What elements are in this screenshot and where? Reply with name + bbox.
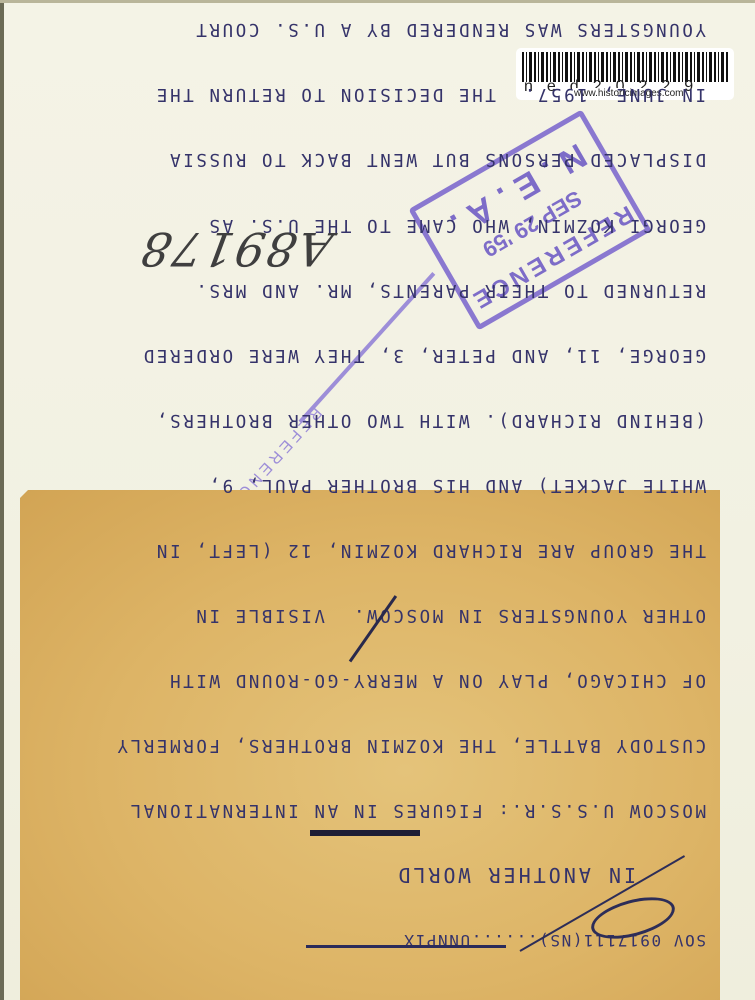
- caption-line: WHITE JACKET) AND HIS BROTHER PAUL, 9,: [30, 473, 706, 495]
- pen-strikethrough: [310, 830, 420, 836]
- caption-line: GEORGE, 11, AND PETER, 3, THEY WERE ORDE…: [30, 343, 706, 365]
- caption-line: YOUNGSTERS WAS RENDERED BY A U.S. COURT: [30, 18, 706, 40]
- caption-line: RETURNED TO THEIR PARENTS, MR. AND MRS.: [30, 278, 706, 300]
- caption-line: OTHER YOUNGSTERS IN MOSCOW. VISIBLE IN: [30, 603, 706, 625]
- pen-signature-strike: [306, 945, 506, 948]
- caption-line: IN JUNE, 1957. THE DECISION TO RETURN TH…: [30, 83, 706, 105]
- caption-line: GEORGI KOZMIN, WHO CAME TO THE U.S. AS: [30, 213, 706, 235]
- caption-line: THE GROUP ARE RICHARD KOZMIN, 12 (LEFT, …: [30, 538, 706, 560]
- caption-line: CUSTODY BATTLE, THE KOZMIN BROTHERS, FOR…: [30, 734, 706, 756]
- paper-left-edge: [0, 0, 4, 1000]
- caption-headline: IN ANOTHER WORLD: [30, 864, 706, 886]
- caption-line: (BEHIND RICHARD). WITH TWO OTHER BROTHER…: [30, 408, 706, 430]
- caption-line: DISPLACED PERSONS BUT WENT BACK TO RUSSI…: [30, 148, 706, 170]
- caption-line: MOSCOW U.S.S.R.: FIGURES IN AN INTERNATI…: [30, 799, 706, 821]
- caption-line: OF CHICAGO, PLAY ON A MERRY-GO-ROUND WIT…: [30, 669, 706, 691]
